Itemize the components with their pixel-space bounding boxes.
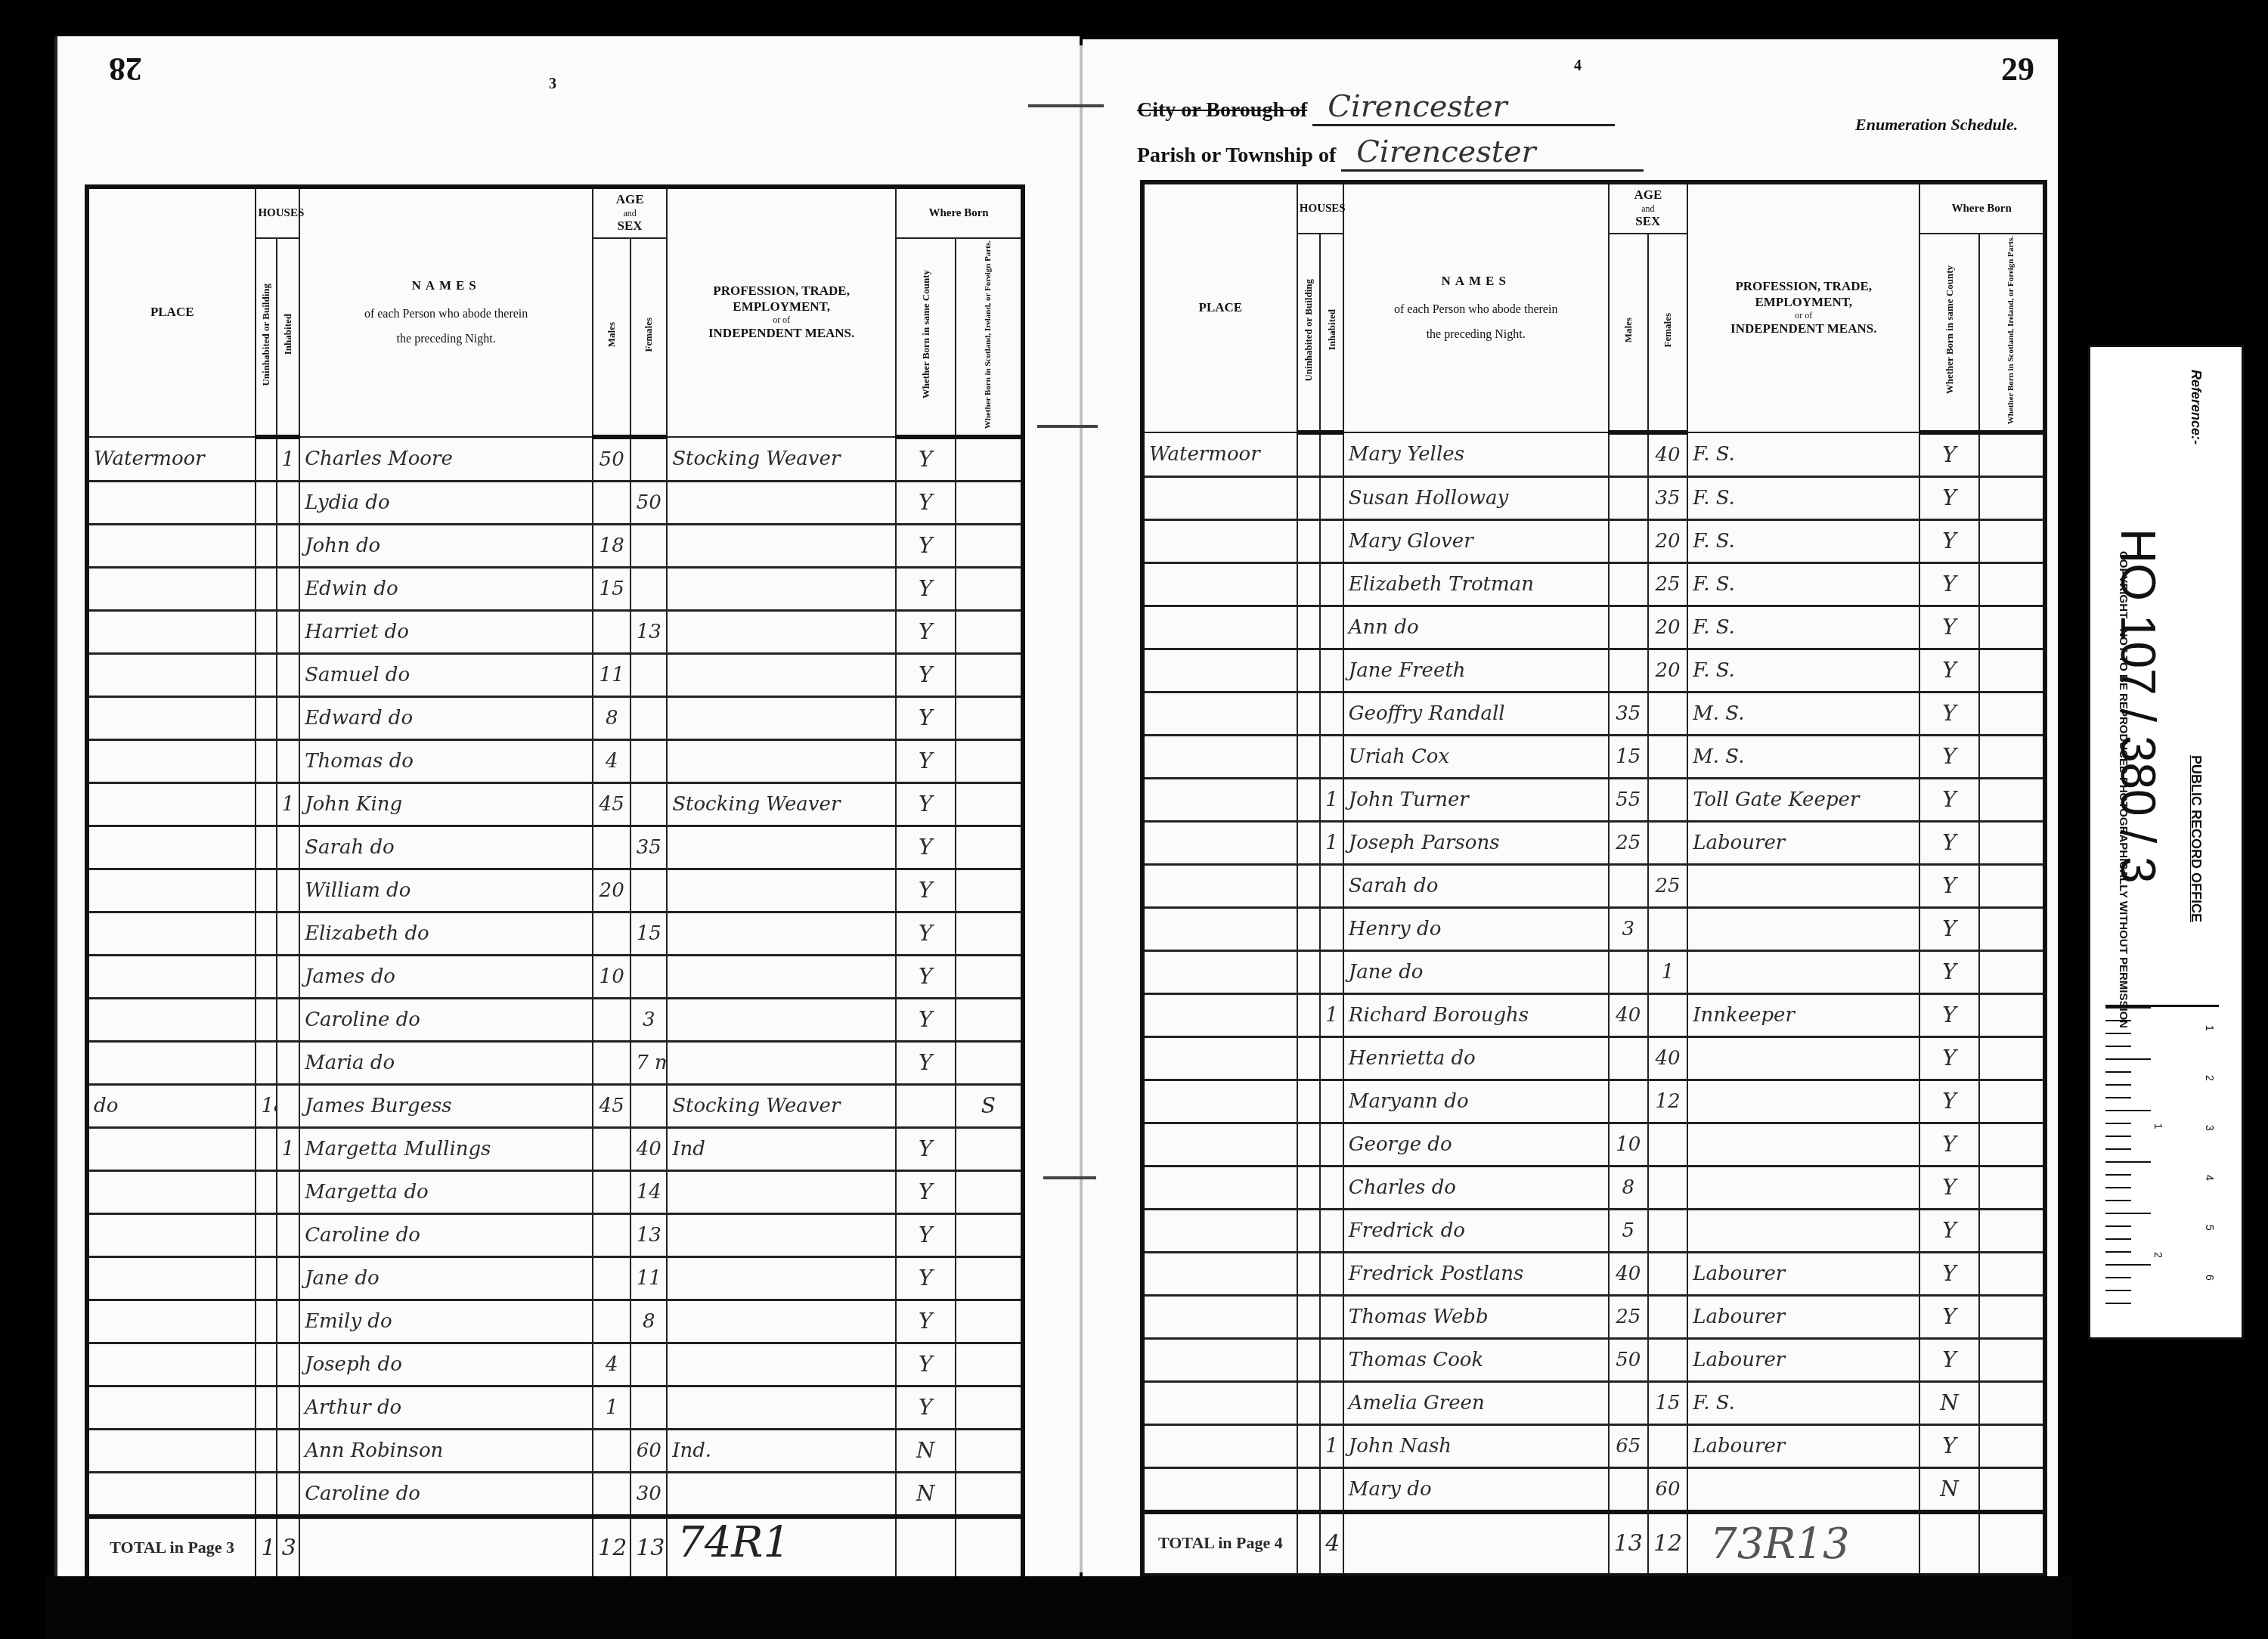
males-age-cell: 8 [593, 696, 631, 739]
females-age-cell [1648, 1424, 1687, 1467]
table-row: Thomas Webb25LabourerY [1142, 1295, 2045, 1338]
col-houses: HOUSES [1297, 182, 1343, 234]
place-cell [1142, 649, 1297, 692]
profession-cell [667, 826, 896, 869]
born-county-cell: Y [896, 955, 955, 998]
profession-cell: Labourer [1687, 1424, 1919, 1467]
males-age-cell: 40 [1609, 993, 1648, 1036]
males-age-cell [593, 1429, 631, 1472]
females-age-cell: 40 [1648, 1036, 1687, 1080]
uninhabited-cell [256, 524, 276, 567]
inhabited-cell [1320, 606, 1343, 649]
name-cell: John King [299, 782, 593, 826]
place-cell [1142, 1166, 1297, 1209]
name-cell: Jane Freeth [1343, 649, 1609, 692]
place-cell [1142, 519, 1297, 562]
col-born-foreign: Whether Born in Scotland, Ireland, or Fo… [956, 238, 1023, 437]
uninhabited-cell [256, 739, 276, 782]
ruler-tick [2105, 1046, 2131, 1047]
uninhabited-cell [1297, 606, 1321, 649]
uninhabited-cell [256, 567, 276, 610]
ruler-tick [2105, 1110, 2151, 1111]
females-age-cell [1648, 1338, 1687, 1381]
schedule-label: Enumeration Schedule. [1855, 115, 2018, 135]
profession-cell: M. S. [1687, 692, 1919, 735]
uninhabited-cell [256, 1343, 276, 1386]
born-county-cell: Y [1919, 1424, 1978, 1467]
table-row: Mary Glover20F. S.Y [1142, 519, 2045, 562]
total-uninhabited: 18 [256, 1517, 276, 1580]
uninhabited-cell [256, 481, 276, 524]
born-county-cell: Y [1919, 519, 1978, 562]
males-age-cell [593, 1300, 631, 1343]
ruler-tick [2105, 1251, 2131, 1253]
name-cell: Elizabeth do [299, 912, 593, 955]
uninhabited-cell [1297, 993, 1321, 1036]
females-age-cell: 20 [1648, 606, 1687, 649]
place-cell [1142, 1338, 1297, 1381]
table-row: 1John Nash65LabourerY [1142, 1424, 2045, 1467]
uninhabited-cell [256, 869, 276, 912]
males-age-cell [1609, 1381, 1648, 1424]
born-county-cell: Y [896, 610, 955, 653]
col-place: PLACE [1142, 182, 1297, 432]
place-cell: Watermoor [1142, 432, 1297, 477]
males-age-cell [593, 1256, 631, 1300]
table-row: 1John King45Stocking WeaverY [87, 782, 1023, 826]
born-foreign-cell: S [956, 1084, 1023, 1127]
names-subtitle-1: of each Person who abode therein [302, 307, 590, 321]
males-age-cell: 55 [1609, 778, 1648, 821]
total-row: TOTAL in Page 4 4 13 12 [1142, 1512, 2045, 1575]
table-row: Arthur do1Y [87, 1386, 1023, 1429]
profession-cell [667, 1386, 896, 1429]
born-county-cell: Y [896, 739, 955, 782]
born-county-cell: Y [1919, 907, 1978, 950]
name-cell: Arthur do [299, 1386, 593, 1429]
uninhabited-cell [256, 610, 276, 653]
profession-cell: F. S. [1687, 649, 1919, 692]
name-cell: Caroline do [299, 1472, 593, 1517]
born-foreign-cell [1979, 476, 2045, 519]
born-foreign-cell [956, 1256, 1023, 1300]
table-row: Emily do8Y [87, 1300, 1023, 1343]
table-row: Caroline do13Y [87, 1213, 1023, 1256]
inhabited-cell [277, 1256, 300, 1300]
place-cell [1142, 1036, 1297, 1080]
ruler-tick [2105, 1007, 2151, 1008]
place-cell [87, 826, 256, 869]
born-county-cell: Y [896, 912, 955, 955]
born-county-cell: Y [1919, 606, 1978, 649]
archive-stamp: 74R1 [677, 1518, 790, 1567]
males-age-cell: 50 [1609, 1338, 1648, 1381]
sex-label: SEX [1611, 214, 1686, 229]
ruler-tick [2105, 1097, 2131, 1098]
males-age-cell [1609, 864, 1648, 907]
inhabited-cell [1320, 735, 1343, 778]
profession-cell: F. S. [1687, 1381, 1919, 1424]
born-county-cell: Y [896, 1041, 955, 1084]
inhabited-cell: 1 [277, 437, 300, 482]
inhabited-cell [277, 1472, 300, 1517]
profession-cell [1687, 1467, 1919, 1512]
uninhabited-cell [1297, 907, 1321, 950]
binding-thread-mark [1043, 1176, 1096, 1179]
born-foreign-cell [1979, 692, 2045, 735]
inhabited-cell [1320, 1381, 1343, 1424]
place-cell [1142, 1467, 1297, 1512]
born-county-cell: Y [896, 567, 955, 610]
profession-cell: Labourer [1687, 1338, 1919, 1381]
born-county-cell: Y [1919, 649, 1978, 692]
table-row: Fredrick Postlans40LabourerY [1142, 1252, 2045, 1295]
name-cell: Edward do [299, 696, 593, 739]
ruler-tick [2105, 1161, 2151, 1163]
profession-cell [667, 955, 896, 998]
profession-cell [667, 1343, 896, 1386]
ruler-tick [2105, 1071, 2131, 1073]
table-row: Sarah do25Y [1142, 864, 2045, 907]
males-age-cell: 4 [593, 1343, 631, 1386]
col-uninhabited: Uninhabited or Building [256, 238, 276, 437]
name-cell: Mary Glover [1343, 519, 1609, 562]
place-cell [87, 1300, 256, 1343]
inhabited-cell [1320, 1209, 1343, 1252]
profession-cell [1687, 1123, 1919, 1166]
females-age-cell [1648, 1209, 1687, 1252]
col-born-county: Whether Born in same County [1919, 234, 1978, 432]
profession-cell [667, 869, 896, 912]
born-county-cell: Y [896, 1256, 955, 1300]
page-number: 3 [549, 76, 556, 93]
inhabited-cell [1320, 864, 1343, 907]
inhabited-cell [277, 1170, 300, 1213]
profession-cell [667, 610, 896, 653]
uninhabited-cell [1297, 1209, 1321, 1252]
place-cell [87, 524, 256, 567]
table-row: Edwin do15Y [87, 567, 1023, 610]
females-age-cell [631, 653, 667, 696]
males-age-cell [593, 912, 631, 955]
name-cell: Amelia Green [1343, 1381, 1609, 1424]
born-foreign-cell [956, 481, 1023, 524]
table-row: James do10Y [87, 955, 1023, 998]
place-cell [87, 1386, 256, 1429]
age-label: AGE [1611, 187, 1686, 203]
ruler-tick [2105, 1290, 2131, 1291]
table-row: Maria do7 monthY [87, 1041, 1023, 1084]
born-foreign-cell [956, 1213, 1023, 1256]
females-age-cell: 35 [631, 826, 667, 869]
uninhabited-cell [1297, 519, 1321, 562]
uninhabited-cell [1297, 778, 1321, 821]
males-age-cell [1609, 606, 1648, 649]
ruler-tick [2105, 1148, 2131, 1150]
born-foreign-cell [1979, 778, 2045, 821]
table-row: John do18Y [87, 524, 1023, 567]
name-cell: Fredrick do [1343, 1209, 1609, 1252]
table-row: Amelia Green15F. S.N [1142, 1381, 2045, 1424]
table-row: Lydia do50Y [87, 481, 1023, 524]
name-cell: Jane do [299, 1256, 593, 1300]
born-county-cell: Y [896, 437, 955, 482]
profession-line-2: EMPLOYMENT, [669, 299, 894, 314]
born-foreign-cell [956, 912, 1023, 955]
inhabited-cell [1320, 1338, 1343, 1381]
table-row: WatermoorMary Yelles40F. S.Y [1142, 432, 2045, 477]
males-age-cell: 15 [593, 567, 631, 610]
born-foreign-cell [1979, 519, 2045, 562]
profession-cell [667, 481, 896, 524]
parish-value: Cirencester [1341, 135, 1644, 172]
males-age-cell [593, 998, 631, 1041]
born-county-cell: Y [896, 1170, 955, 1213]
ruler-tick [2105, 1136, 2131, 1137]
born-foreign-cell [1979, 1123, 2045, 1166]
inhabited-cell [277, 524, 300, 567]
table-row: 1John Turner55Toll Gate KeeperY [1142, 778, 2045, 821]
born-county-cell: N [1919, 1467, 1978, 1512]
born-foreign-cell [956, 869, 1023, 912]
inhabited-cell [277, 912, 300, 955]
born-foreign-cell [956, 998, 1023, 1041]
males-age-cell [593, 481, 631, 524]
place-cell [1142, 778, 1297, 821]
inhabited-cell [1320, 1123, 1343, 1166]
uninhabited-cell [1297, 1295, 1321, 1338]
inhabited-cell [1320, 562, 1343, 606]
profession-cell [667, 1170, 896, 1213]
place-cell [1142, 1123, 1297, 1166]
sex-label: SEX [595, 218, 665, 234]
profession-line-2: EMPLOYMENT, [1690, 295, 1917, 310]
born-foreign-cell [1979, 1252, 2045, 1295]
males-age-cell: 10 [1609, 1123, 1648, 1166]
col-females: Females [1648, 234, 1687, 432]
name-cell: William do [299, 869, 593, 912]
record-office-label: PUBLIC RECORD OFFICE [2188, 755, 2204, 922]
females-age-cell [1648, 993, 1687, 1036]
uninhabited-cell [256, 1472, 276, 1517]
name-cell: James do [299, 955, 593, 998]
inhabited-cell [1320, 1036, 1343, 1080]
place-cell [1142, 735, 1297, 778]
born-county-cell: Y [1919, 1338, 1978, 1381]
born-foreign-cell [956, 955, 1023, 998]
born-county-cell: Y [896, 826, 955, 869]
table-row: Thomas do4Y [87, 739, 1023, 782]
inhabited-cell [277, 826, 300, 869]
profession-cell [667, 912, 896, 955]
males-age-cell [1609, 950, 1648, 993]
inhabited-cell [1320, 1166, 1343, 1209]
folio-number: 28 [109, 50, 142, 88]
total-label: TOTAL in Page 4 [1142, 1512, 1297, 1575]
uninhabited-cell [1297, 649, 1321, 692]
table-row: Elizabeth do15Y [87, 912, 1023, 955]
females-age-cell: 35 [1648, 476, 1687, 519]
place-cell [87, 1343, 256, 1386]
table-row: Samuel do11Y [87, 653, 1023, 696]
place-cell: Watermoor [87, 437, 256, 482]
females-age-cell: 8 [631, 1300, 667, 1343]
uninhabited-cell [1297, 1338, 1321, 1381]
males-age-cell: 45 [593, 1084, 631, 1127]
males-age-cell [1609, 649, 1648, 692]
place-cell [87, 567, 256, 610]
table-row: Jane do1Y [1142, 950, 2045, 993]
born-county-cell: Y [896, 1127, 955, 1170]
born-foreign-cell [956, 826, 1023, 869]
name-cell: Thomas Webb [1343, 1295, 1609, 1338]
ruler-label: 6 [2204, 1275, 2216, 1281]
born-foreign-cell [956, 1127, 1023, 1170]
profession-cell [667, 567, 896, 610]
uninhabited-cell [1297, 562, 1321, 606]
table-row: Joseph do4Y [87, 1343, 1023, 1386]
borough-label: City or Borough of [1137, 98, 1307, 122]
inhabited-cell: 1 [1320, 821, 1343, 864]
males-age-cell: 50 [593, 437, 631, 482]
col-profession: PROFESSION, TRADE, EMPLOYMENT, or of IND… [1687, 182, 1919, 432]
inhabited-cell [1320, 432, 1343, 477]
ruler-label: 2 [2152, 1252, 2164, 1258]
born-foreign-cell [1979, 735, 2045, 778]
table-header: PLACE HOUSES NAMES of each Person who ab… [1142, 182, 2045, 432]
born-county-cell: Y [1919, 1252, 1978, 1295]
males-age-cell [593, 1041, 631, 1084]
males-age-cell: 5 [1609, 1209, 1648, 1252]
name-cell: Henrietta do [1343, 1036, 1609, 1080]
born-foreign-cell [1979, 606, 2045, 649]
females-age-cell [1648, 821, 1687, 864]
born-county-cell: Y [1919, 1166, 1978, 1209]
uninhabited-cell [1297, 1080, 1321, 1123]
table-row: Uriah Cox15M. S.Y [1142, 735, 2045, 778]
females-age-cell [1648, 907, 1687, 950]
uninhabited-cell [256, 437, 276, 482]
uninhabited-cell [256, 1256, 276, 1300]
females-age-cell [631, 437, 667, 482]
profession-cell [667, 1256, 896, 1300]
table-row: Henry do3Y [1142, 907, 2045, 950]
names-title: NAMES [302, 278, 590, 293]
born-county-cell: Y [1919, 562, 1978, 606]
col-males: Males [593, 238, 631, 437]
table-row: Henrietta do40Y [1142, 1036, 2045, 1080]
uninhabited-cell [1297, 476, 1321, 519]
born-county-cell: Y [1919, 692, 1978, 735]
scan-shadow [45, 1576, 2071, 1639]
place-cell [87, 1472, 256, 1517]
col-males: Males [1609, 234, 1648, 432]
place-cell [87, 696, 256, 739]
born-foreign-cell [956, 696, 1023, 739]
table-row: Mary do60N [1142, 1467, 2045, 1512]
names-title: NAMES [1346, 274, 1606, 289]
col-inhabited: Inhabited [1320, 234, 1343, 432]
females-age-cell: 11 [631, 1256, 667, 1300]
females-age-cell: 7 month [631, 1041, 667, 1084]
ruler-tick [2105, 1238, 2131, 1240]
females-age-cell: 14 [631, 1170, 667, 1213]
table-row: Ann Robinson60Ind.N [87, 1429, 1023, 1472]
name-cell: Maria do [299, 1041, 593, 1084]
name-cell: John Turner [1343, 778, 1609, 821]
females-age-cell: 40 [631, 1127, 667, 1170]
born-foreign-cell [956, 1472, 1023, 1517]
census-table-right: PLACE HOUSES NAMES of each Person who ab… [1140, 180, 2047, 1578]
left-page: 28 3 PLACE HOUSES NAMES of each Person w… [54, 36, 1080, 1586]
profession-cell: Labourer [1687, 1295, 1919, 1338]
females-age-cell [631, 567, 667, 610]
born-foreign-cell [1979, 864, 2045, 907]
profession-cell: Stocking Weaver [667, 1084, 896, 1127]
born-foreign-cell [956, 739, 1023, 782]
ruler-tick [2105, 1033, 2131, 1034]
table-row: 1Margetta Mullings40IndY [87, 1127, 1023, 1170]
inhabited-cell [277, 610, 300, 653]
profession-cell [1687, 1209, 1919, 1252]
females-age-cell: 60 [1648, 1467, 1687, 1512]
born-county-cell: Y [1919, 1036, 1978, 1080]
inhabited-cell: 1 [277, 782, 300, 826]
name-cell: John do [299, 524, 593, 567]
females-age-cell [631, 696, 667, 739]
table-row: Fredrick do5Y [1142, 1209, 2045, 1252]
table-row: Geoffry Randall35M. S.Y [1142, 692, 2045, 735]
col-born-county: Whether Born in same County [896, 238, 955, 437]
place-cell [1142, 864, 1297, 907]
table-row: Margetta do14Y [87, 1170, 1023, 1213]
uninhabited-cell [1297, 821, 1321, 864]
born-county-cell: N [896, 1429, 955, 1472]
born-county-cell: Y [1919, 1080, 1978, 1123]
males-age-cell: 4 [593, 739, 631, 782]
borough-value: Cirencester [1312, 89, 1615, 126]
table-row: Caroline do30N [87, 1472, 1023, 1517]
profession-cell [667, 1300, 896, 1343]
born-county-cell: Y [896, 869, 955, 912]
table-row: Elizabeth Trotman25F. S.Y [1142, 562, 2045, 606]
name-cell: John Nash [1343, 1424, 1609, 1467]
binding-thread-mark [1037, 425, 1098, 428]
males-age-cell [593, 1213, 631, 1256]
place-cell [1142, 562, 1297, 606]
born-foreign-cell [956, 437, 1023, 482]
profession-cell: F. S. [1687, 476, 1919, 519]
inhabited-cell [1320, 519, 1343, 562]
profession-cell [1687, 907, 1919, 950]
and-label: and [1611, 203, 1686, 214]
profession-cell: Toll Gate Keeper [1687, 778, 1919, 821]
males-age-cell [1609, 476, 1648, 519]
place-cell [87, 653, 256, 696]
place-cell [1142, 606, 1297, 649]
name-cell: Elizabeth Trotman [1343, 562, 1609, 606]
col-names: NAMES of each Person who abode therein t… [1343, 182, 1609, 432]
females-age-cell: 15 [1648, 1381, 1687, 1424]
females-age-cell [1648, 778, 1687, 821]
females-age-cell [631, 869, 667, 912]
females-age-cell: 50 [631, 481, 667, 524]
inhabited-cell [277, 739, 300, 782]
names-subtitle-2: the preceding Night. [1346, 327, 1606, 342]
place-cell [1142, 1381, 1297, 1424]
inhabited-cell [277, 1429, 300, 1472]
ruler-tick [2105, 1225, 2131, 1227]
